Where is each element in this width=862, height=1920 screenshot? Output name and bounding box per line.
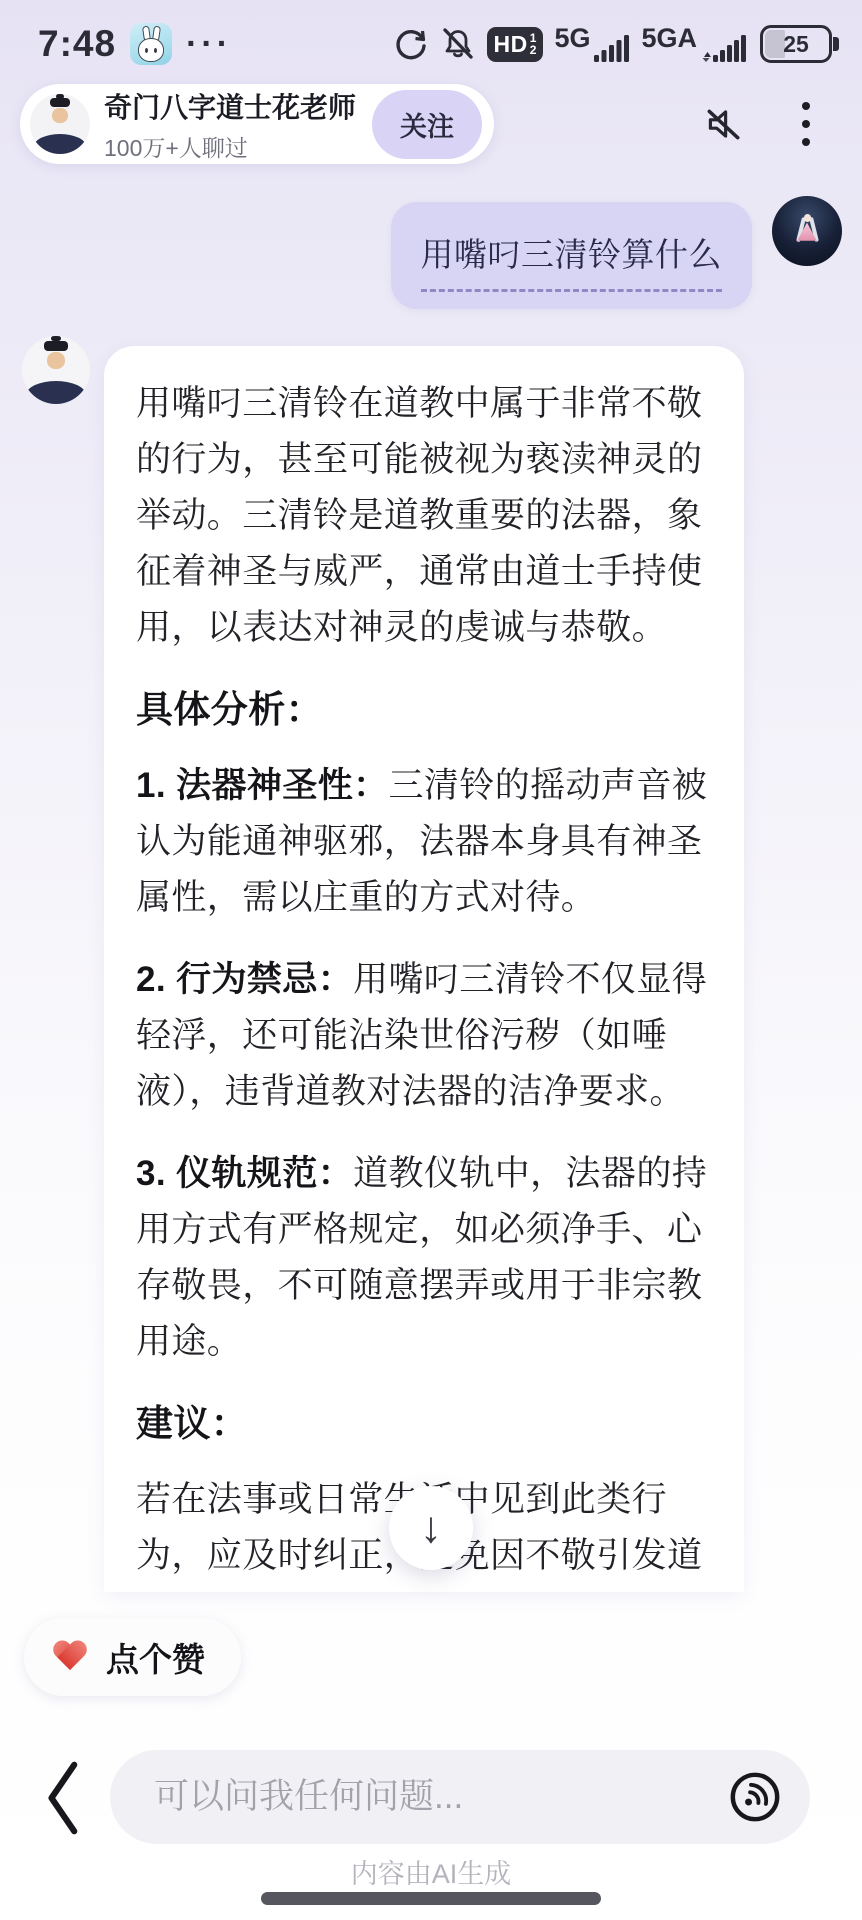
ai-paragraph: 具体分析： [136, 682, 714, 738]
like-suggestion-label: 点个赞 [106, 1634, 205, 1681]
ai-paragraph: 建议： [136, 1396, 714, 1452]
message-input-container[interactable] [110, 1750, 810, 1844]
signal-bars-arrows-icon [701, 30, 749, 64]
signal-bars-icon [594, 30, 630, 64]
like-suggestion-button[interactable]: 点个赞 [24, 1618, 241, 1696]
back-chevron-icon [41, 1756, 83, 1840]
back-button[interactable] [34, 1754, 90, 1842]
assistant-profile-card[interactable]: 奇门八字道士花老师 100万+人聊过 关注 [20, 84, 494, 164]
hd-voice-badge: HD 1 2 [487, 27, 544, 62]
assistant-info: 奇门八字道士花老师 100万+人聊过 [104, 86, 358, 163]
ai-paragraph: 1. 法器神圣性：三清铃的摇动声音被认为能通神驱邪，法器本身具有神圣属性，需以庄… [136, 758, 714, 926]
more-menu-icon[interactable] [796, 96, 816, 152]
muted-bell-icon [440, 26, 476, 62]
user-message-text[interactable]: 用嘴叼三清铃算什么 [421, 229, 723, 292]
ai-message-text: 用嘴叼三清铃在道教中属于非常不敬的行为，甚至可能被视为亵渎神灵的举动。三清铃是道… [136, 376, 714, 1584]
status-bar-right: HD 1 2 5G 5GA [393, 25, 840, 64]
header-actions [702, 84, 816, 164]
assistant-name: 奇门八字道士花老师 [104, 86, 356, 126]
arrow-down-icon: ↓ [420, 1506, 442, 1550]
status-bar-left: 7:48 ··· [38, 23, 232, 65]
chat-header: 奇门八字道士花老师 100万+人聊过 关注 [0, 84, 862, 164]
home-indicator[interactable] [261, 1892, 601, 1905]
heart-icon [52, 1641, 88, 1673]
message-input[interactable] [154, 1777, 728, 1817]
chat-screen: 7:48 ··· HD 1 2 [0, 0, 862, 1920]
assistant-message-avatar[interactable] [22, 336, 90, 404]
assistant-avatar[interactable] [30, 94, 90, 154]
status-bar: 7:48 ··· HD 1 2 [0, 18, 862, 70]
network-5ga: 5GA [641, 25, 749, 64]
voice-wave-icon [728, 1770, 782, 1824]
follow-button[interactable]: 关注 [372, 90, 482, 159]
voice-input-button[interactable] [728, 1770, 782, 1824]
assistant-chat-count: 100万+人聊过 [104, 130, 356, 163]
clock: 7:48 [38, 23, 116, 65]
data-sync-icon [393, 26, 429, 62]
ai-paragraph: 3. 仪轨规范：道教仪轨中，法器的持用方式有严格规定，如必须净手、心存敬畏，不可… [136, 1146, 714, 1370]
input-bar [0, 1750, 862, 1846]
ai-generated-disclaimer: 内容由AI生成 [0, 1852, 862, 1891]
mute-speaker-icon[interactable] [702, 103, 744, 145]
assistant-message-bubble: 用嘴叼三清铃在道教中属于非常不敬的行为，甚至可能被视为亵渎神灵的举动。三清铃是道… [104, 346, 744, 1592]
user-message-bubble[interactable]: 用嘴叼三清铃算什么 [391, 202, 753, 309]
scroll-to-bottom-button[interactable]: ↓ [389, 1486, 473, 1570]
status-more-dots: ··· [186, 25, 232, 64]
user-avatar[interactable] [772, 196, 842, 266]
notification-app-icon [130, 23, 172, 65]
network-5g: 5G [554, 25, 630, 64]
ai-paragraph: 2. 行为禁忌：用嘴叼三清铃不仅显得轻浮，还可能沾染世俗污秽（如唾液），违背道教… [136, 952, 714, 1120]
battery-indicator: 25 [760, 25, 832, 63]
ai-paragraph: 用嘴叼三清铃在道教中属于非常不敬的行为，甚至可能被视为亵渎神灵的举动。三清铃是道… [136, 376, 714, 656]
